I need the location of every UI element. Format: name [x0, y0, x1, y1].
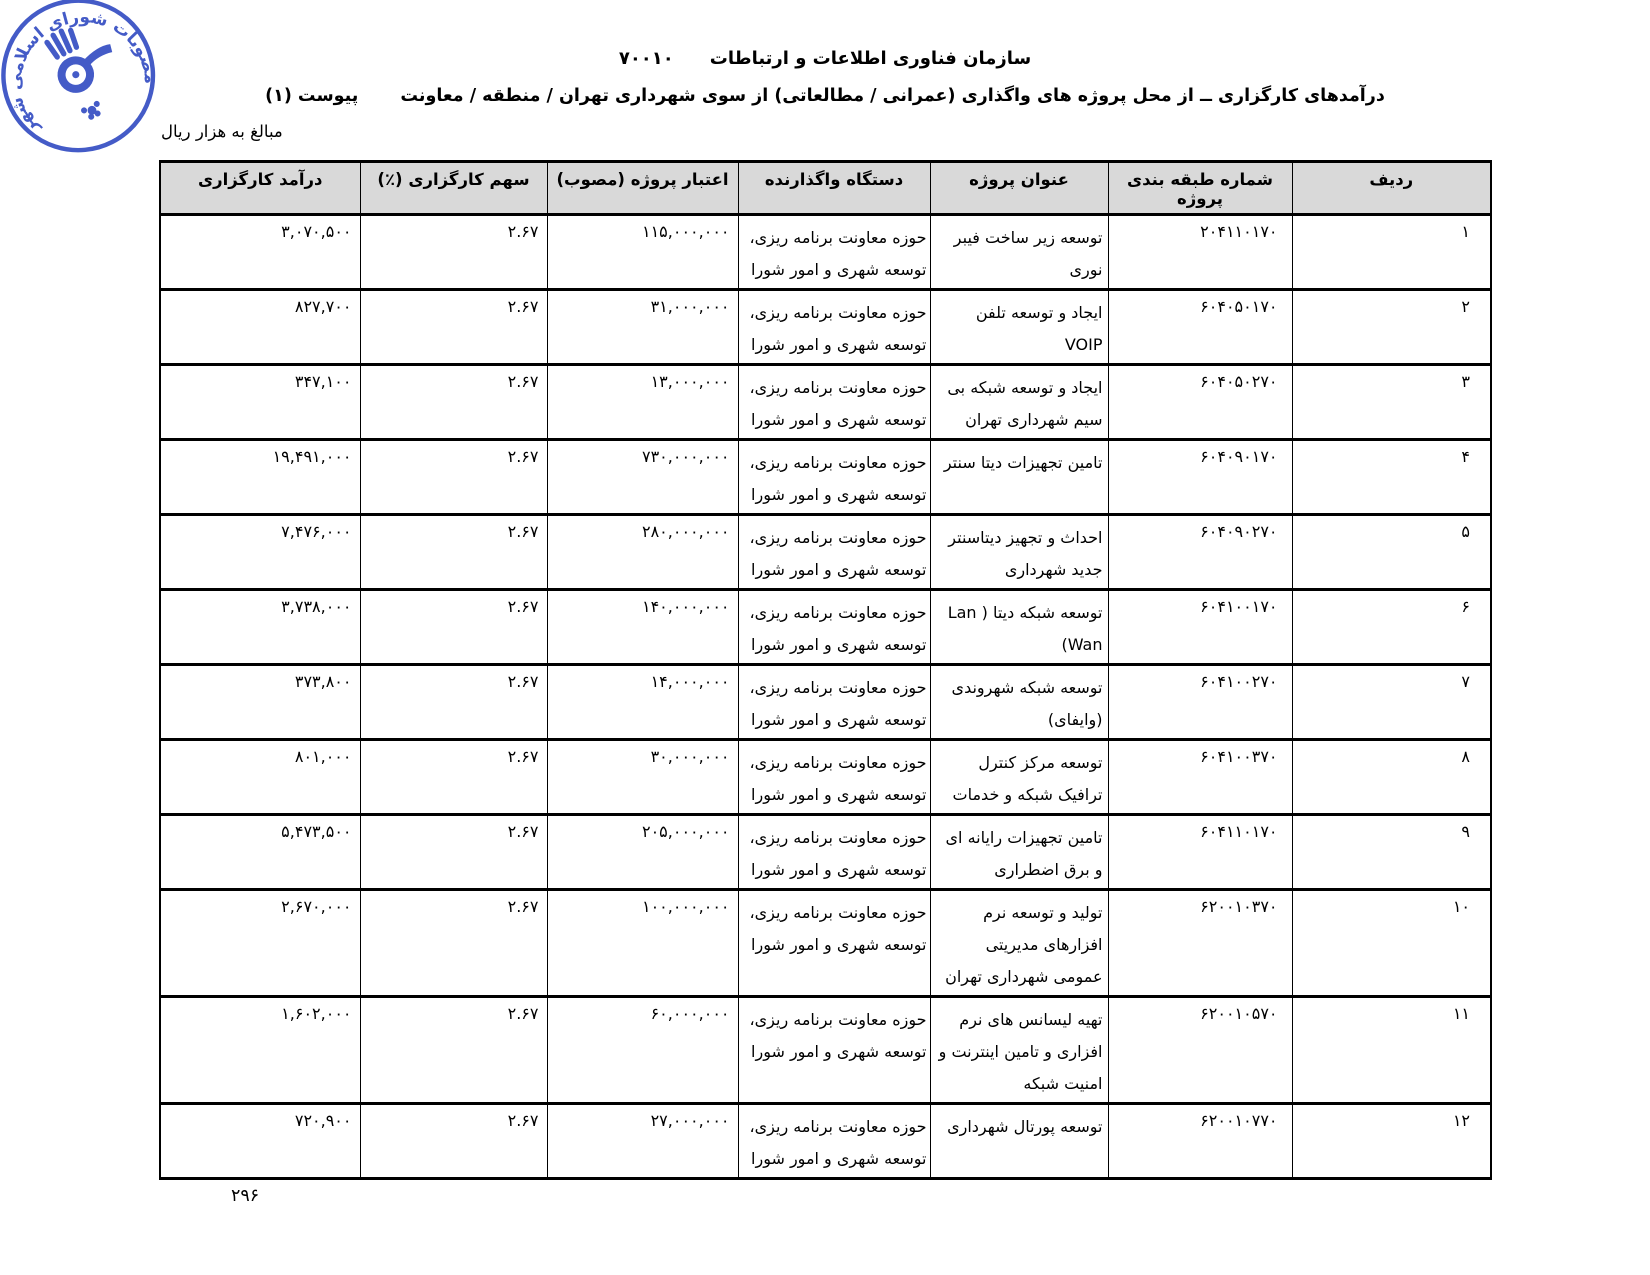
- cell-share: ۲.۶۷: [360, 365, 547, 440]
- cell-credit: ۲۰۵,۰۰۰,۰۰۰: [547, 815, 738, 890]
- org-code: ۷۰۰۱۰: [619, 48, 674, 69]
- cell-code: ۶۰۴۰۹۰۲۷۰: [1108, 515, 1292, 590]
- cell-title: توسعه زیر ساخت فیبر نوری: [930, 215, 1108, 290]
- cell-share: ۲.۶۷: [360, 515, 547, 590]
- cell-code: ۶۲۰۰۱۰۳۷۰: [1108, 890, 1292, 997]
- cell-income: ۳۴۷,۱۰۰: [160, 365, 360, 440]
- cell-income: ۳,۰۷۰,۵۰۰: [160, 215, 360, 290]
- cell-title: توسعه شبکه دیتا ( Lan Wan): [930, 590, 1108, 665]
- table-row: ۵ ۶۰۴۰۹۰۲۷۰ احداث و تجهیز دیتاسنتر جدید …: [160, 515, 1491, 590]
- cell-title: تامین تجهیزات دیتا سنتر: [930, 440, 1108, 515]
- cell-income: ۸۰۱,۰۰۰: [160, 740, 360, 815]
- cell-income: ۳۷۳,۸۰۰: [160, 665, 360, 740]
- cell-radif: ۱۰: [1292, 890, 1491, 997]
- cell-share: ۲.۶۷: [360, 290, 547, 365]
- column-header-share: سهم کارگزاری (٪): [360, 162, 547, 215]
- cell-credit: ۷۳۰,۰۰۰,۰۰۰: [547, 440, 738, 515]
- cell-title: ایجاد و توسعه تلفن VOIP: [930, 290, 1108, 365]
- doc-title-line: درآمدهای کارگزاری ــ از محل پروژه های وا…: [0, 86, 1650, 106]
- cell-radif: ۸: [1292, 740, 1491, 815]
- currency-note: مبالغ به هزار ریال: [161, 122, 283, 141]
- cell-code: ۲۰۴۱۱۰۱۷۰: [1108, 215, 1292, 290]
- table-row: ۱ ۲۰۴۱۱۰۱۷۰ توسعه زیر ساخت فیبر نوری حوز…: [160, 215, 1491, 290]
- cell-agency: حوزه معاونت برنامه ریزی، توسعه شهری و ام…: [738, 997, 930, 1104]
- stamp-ring-text: اداره مصوبات شورای اسلامی شهر تهران: [0, 0, 168, 158]
- column-header-credit: اعتبار پروژه (مصوب): [547, 162, 738, 215]
- cell-agency: حوزه معاونت برنامه ریزی، توسعه شهری و ام…: [738, 290, 930, 365]
- cell-income: ۷۲۰,۹۰۰: [160, 1104, 360, 1179]
- cell-title: احداث و تجهیز دیتاسنتر جدید شهرداری: [930, 515, 1108, 590]
- cell-agency: حوزه معاونت برنامه ریزی، توسعه شهری و ام…: [738, 740, 930, 815]
- cell-radif: ۹: [1292, 815, 1491, 890]
- cell-title: توسعه پورتال شهرداری: [930, 1104, 1108, 1179]
- cell-radif: ۲: [1292, 290, 1491, 365]
- table-row: ۷ ۶۰۴۱۰۰۲۷۰ توسعه شبکه شهروندی (وایفای) …: [160, 665, 1491, 740]
- table-header-row: ردیف شماره طبقه بندی پروژه عنوان پروژه د…: [160, 162, 1491, 215]
- cell-income: ۷,۴۷۶,۰۰۰: [160, 515, 360, 590]
- cell-radif: ۱۱: [1292, 997, 1491, 1104]
- table-row: ۶ ۶۰۴۱۰۰۱۷۰ توسعه شبکه دیتا ( Lan Wan) ح…: [160, 590, 1491, 665]
- cell-code: ۶۰۴۱۰۰۲۷۰: [1108, 665, 1292, 740]
- column-header-agency: دستگاه واگذارنده: [738, 162, 930, 215]
- cell-credit: ۱۰۰,۰۰۰,۰۰۰: [547, 890, 738, 997]
- cell-credit: ۳۱,۰۰۰,۰۰۰: [547, 290, 738, 365]
- cell-share: ۲.۶۷: [360, 665, 547, 740]
- org-header-line: سازمان فناوری اطلاعات و ارتباطات ۷۰۰۱۰: [0, 48, 1650, 69]
- cell-radif: ۶: [1292, 590, 1491, 665]
- cell-radif: ۷: [1292, 665, 1491, 740]
- cell-credit: ۱۴,۰۰۰,۰۰۰: [547, 665, 738, 740]
- cell-title: توسعه شبکه شهروندی (وایفای): [930, 665, 1108, 740]
- cell-share: ۲.۶۷: [360, 740, 547, 815]
- cell-share: ۲.۶۷: [360, 997, 547, 1104]
- cell-agency: حوزه معاونت برنامه ریزی، توسعه شهری و ام…: [738, 515, 930, 590]
- cell-income: ۵,۴۷۳,۵۰۰: [160, 815, 360, 890]
- column-header-code: شماره طبقه بندی پروژه: [1108, 162, 1292, 215]
- cell-code: ۶۰۴۱۰۰۳۷۰: [1108, 740, 1292, 815]
- cell-agency: حوزه معاونت برنامه ریزی، توسعه شهری و ام…: [738, 815, 930, 890]
- cell-title: توسعه مرکز کنترل ترافیک شبکه و خدمات: [930, 740, 1108, 815]
- cell-share: ۲.۶۷: [360, 590, 547, 665]
- cell-radif: ۵: [1292, 515, 1491, 590]
- doc-title: درآمدهای کارگزاری ــ از محل پروژه های وا…: [400, 86, 1385, 106]
- cell-income: ۸۲۷,۷۰۰: [160, 290, 360, 365]
- cell-credit: ۱۴۰,۰۰۰,۰۰۰: [547, 590, 738, 665]
- table-row: ۲ ۶۰۴۰۵۰۱۷۰ ایجاد و توسعه تلفن VOIP حوزه…: [160, 290, 1491, 365]
- column-header-title: عنوان پروژه: [930, 162, 1108, 215]
- table-row: ۱۰ ۶۲۰۰۱۰۳۷۰ تولید و توسعه نرم افزارهای …: [160, 890, 1491, 997]
- column-header-income: درآمد کارگزاری: [160, 162, 360, 215]
- cell-radif: ۱۲: [1292, 1104, 1491, 1179]
- column-header-radif: ردیف: [1292, 162, 1491, 215]
- cell-code: ۶۲۰۰۱۰۵۷۰: [1108, 997, 1292, 1104]
- cell-agency: حوزه معاونت برنامه ریزی، توسعه شهری و ام…: [738, 215, 930, 290]
- table-row: ۸ ۶۰۴۱۰۰۳۷۰ توسعه مرکز کنترل ترافیک شبکه…: [160, 740, 1491, 815]
- cell-code: ۶۰۴۱۰۰۱۷۰: [1108, 590, 1292, 665]
- cell-share: ۲.۶۷: [360, 1104, 547, 1179]
- cell-share: ۲.۶۷: [360, 440, 547, 515]
- table-row: ۴ ۶۰۴۰۹۰۱۷۰ تامین تجهیزات دیتا سنتر حوزه…: [160, 440, 1491, 515]
- cell-credit: ۱۱۵,۰۰۰,۰۰۰: [547, 215, 738, 290]
- page-number: ۲۹۶: [231, 1186, 259, 1206]
- cell-code: ۶۰۴۱۱۰۱۷۰: [1108, 815, 1292, 890]
- cell-agency: حوزه معاونت برنامه ریزی، توسعه شهری و ام…: [738, 665, 930, 740]
- cell-share: ۲.۶۷: [360, 815, 547, 890]
- cell-share: ۲.۶۷: [360, 890, 547, 997]
- cell-title: تهیه لیسانس های نرم افزاری و تامین اینتر…: [930, 997, 1108, 1104]
- cell-agency: حوزه معاونت برنامه ریزی، توسعه شهری و ام…: [738, 440, 930, 515]
- cell-title: تولید و توسعه نرم افزارهای مدیریتی عمومی…: [930, 890, 1108, 997]
- cell-credit: ۲۷,۰۰۰,۰۰۰: [547, 1104, 738, 1179]
- org-name: سازمان فناوری اطلاعات و ارتباطات: [710, 48, 1031, 69]
- table-row: ۹ ۶۰۴۱۱۰۱۷۰ تامین تجهیزات رایانه ای و بر…: [160, 815, 1491, 890]
- cell-income: ۱,۶۰۲,۰۰۰: [160, 997, 360, 1104]
- cell-income: ۲,۶۷۰,۰۰۰: [160, 890, 360, 997]
- cell-title: تامین تجهیزات رایانه ای و برق اضطراری: [930, 815, 1108, 890]
- cell-code: ۶۰۴۰۵۰۱۷۰: [1108, 290, 1292, 365]
- cell-radif: ۴: [1292, 440, 1491, 515]
- table-row: ۳ ۶۰۴۰۵۰۲۷۰ ایجاد و توسعه شبکه بی سیم شه…: [160, 365, 1491, 440]
- cell-agency: حوزه معاونت برنامه ریزی، توسعه شهری و ام…: [738, 590, 930, 665]
- table-row: ۱۱ ۶۲۰۰۱۰۵۷۰ تهیه لیسانس های نرم افزاری …: [160, 997, 1491, 1104]
- cell-agency: حوزه معاونت برنامه ریزی، توسعه شهری و ام…: [738, 365, 930, 440]
- cell-agency: حوزه معاونت برنامه ریزی، توسعه شهری و ام…: [738, 1104, 930, 1179]
- cell-agency: حوزه معاونت برنامه ریزی، توسعه شهری و ام…: [738, 890, 930, 997]
- cell-credit: ۱۳,۰۰۰,۰۰۰: [547, 365, 738, 440]
- cell-credit: ۳۰,۰۰۰,۰۰۰: [547, 740, 738, 815]
- projects-table: ردیف شماره طبقه بندی پروژه عنوان پروژه د…: [159, 160, 1492, 1180]
- attachment-label: پیوست (۱): [265, 86, 358, 106]
- cell-income: ۳,۷۳۸,۰۰۰: [160, 590, 360, 665]
- cell-code: ۶۰۴۰۹۰۱۷۰: [1108, 440, 1292, 515]
- cell-title: ایجاد و توسعه شبکه بی سیم شهرداری تهران: [930, 365, 1108, 440]
- cell-credit: ۲۸۰,۰۰۰,۰۰۰: [547, 515, 738, 590]
- cell-income: ۱۹,۴۹۱,۰۰۰: [160, 440, 360, 515]
- cell-share: ۲.۶۷: [360, 215, 547, 290]
- cell-code: ۶۲۰۰۱۰۷۷۰: [1108, 1104, 1292, 1179]
- cell-code: ۶۰۴۰۵۰۲۷۰: [1108, 365, 1292, 440]
- cell-credit: ۶۰,۰۰۰,۰۰۰: [547, 997, 738, 1104]
- cell-radif: ۳: [1292, 365, 1491, 440]
- table-row: ۱۲ ۶۲۰۰۱۰۷۷۰ توسعه پورتال شهرداری حوزه م…: [160, 1104, 1491, 1179]
- cell-radif: ۱: [1292, 215, 1491, 290]
